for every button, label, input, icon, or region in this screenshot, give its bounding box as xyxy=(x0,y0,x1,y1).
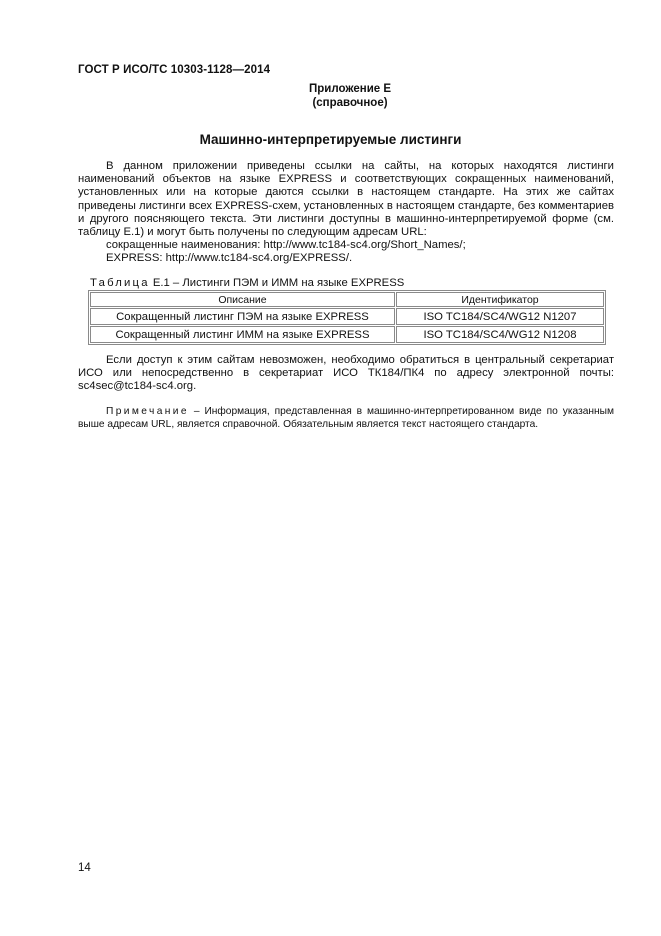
table-header-row: Описание Идентификатор xyxy=(90,292,604,307)
contact-paragraph: Если доступ к этим сайтам невозможен, не… xyxy=(78,354,614,394)
table-cell-identifier: ISO TC184/SC4/WG12 N1208 xyxy=(396,326,604,343)
table-caption-text: Е.1 – Листинги ПЭМ и ИММ на языке EXPRES… xyxy=(150,277,405,289)
note-paragraph: Примечание – Информация, представленная … xyxy=(78,406,614,431)
table-caption-label: Таблица xyxy=(90,277,150,289)
appendix-type: (справочное) xyxy=(290,96,410,110)
column-header-description: Описание xyxy=(90,292,395,307)
contact-text: Если доступ к этим сайтам невозможен, не… xyxy=(78,354,614,394)
section-title: Машинно-интерпретируемые листинги xyxy=(0,132,661,147)
url-express: EXPRESS: http://www.tc184-sc4.org/EXPRES… xyxy=(78,252,614,265)
table-row: Сокращенный листинг ПЭМ на языке EXPRESS… xyxy=(90,308,604,325)
appendix-heading: Приложение Е (справочное) xyxy=(290,82,410,110)
column-header-identifier: Идентификатор xyxy=(396,292,604,307)
intro-paragraph: В данном приложении приведены ссылки на … xyxy=(78,160,614,266)
appendix-title: Приложение Е xyxy=(290,82,410,96)
note-label: Примечание xyxy=(106,406,189,417)
intro-text: В данном приложении приведены ссылки на … xyxy=(78,160,614,239)
url-short-names: сокращенные наименования: http://www.tc1… xyxy=(78,239,614,252)
page-number: 14 xyxy=(78,862,91,874)
listing-table: Описание Идентификатор Сокращенный листи… xyxy=(88,290,606,345)
document-code: ГОСТ Р ИСО/ТС 10303-1128—2014 xyxy=(78,64,270,76)
table-row: Сокращенный листинг ИММ на языке EXPRESS… xyxy=(90,326,604,343)
table-caption: Таблица Е.1 – Листинги ПЭМ и ИММ на язык… xyxy=(90,277,404,289)
table-cell-identifier: ISO TC184/SC4/WG12 N1207 xyxy=(396,308,604,325)
table-cell-description: Сокращенный листинг ИММ на языке EXPRESS xyxy=(90,326,395,343)
table-cell-description: Сокращенный листинг ПЭМ на языке EXPRESS xyxy=(90,308,395,325)
